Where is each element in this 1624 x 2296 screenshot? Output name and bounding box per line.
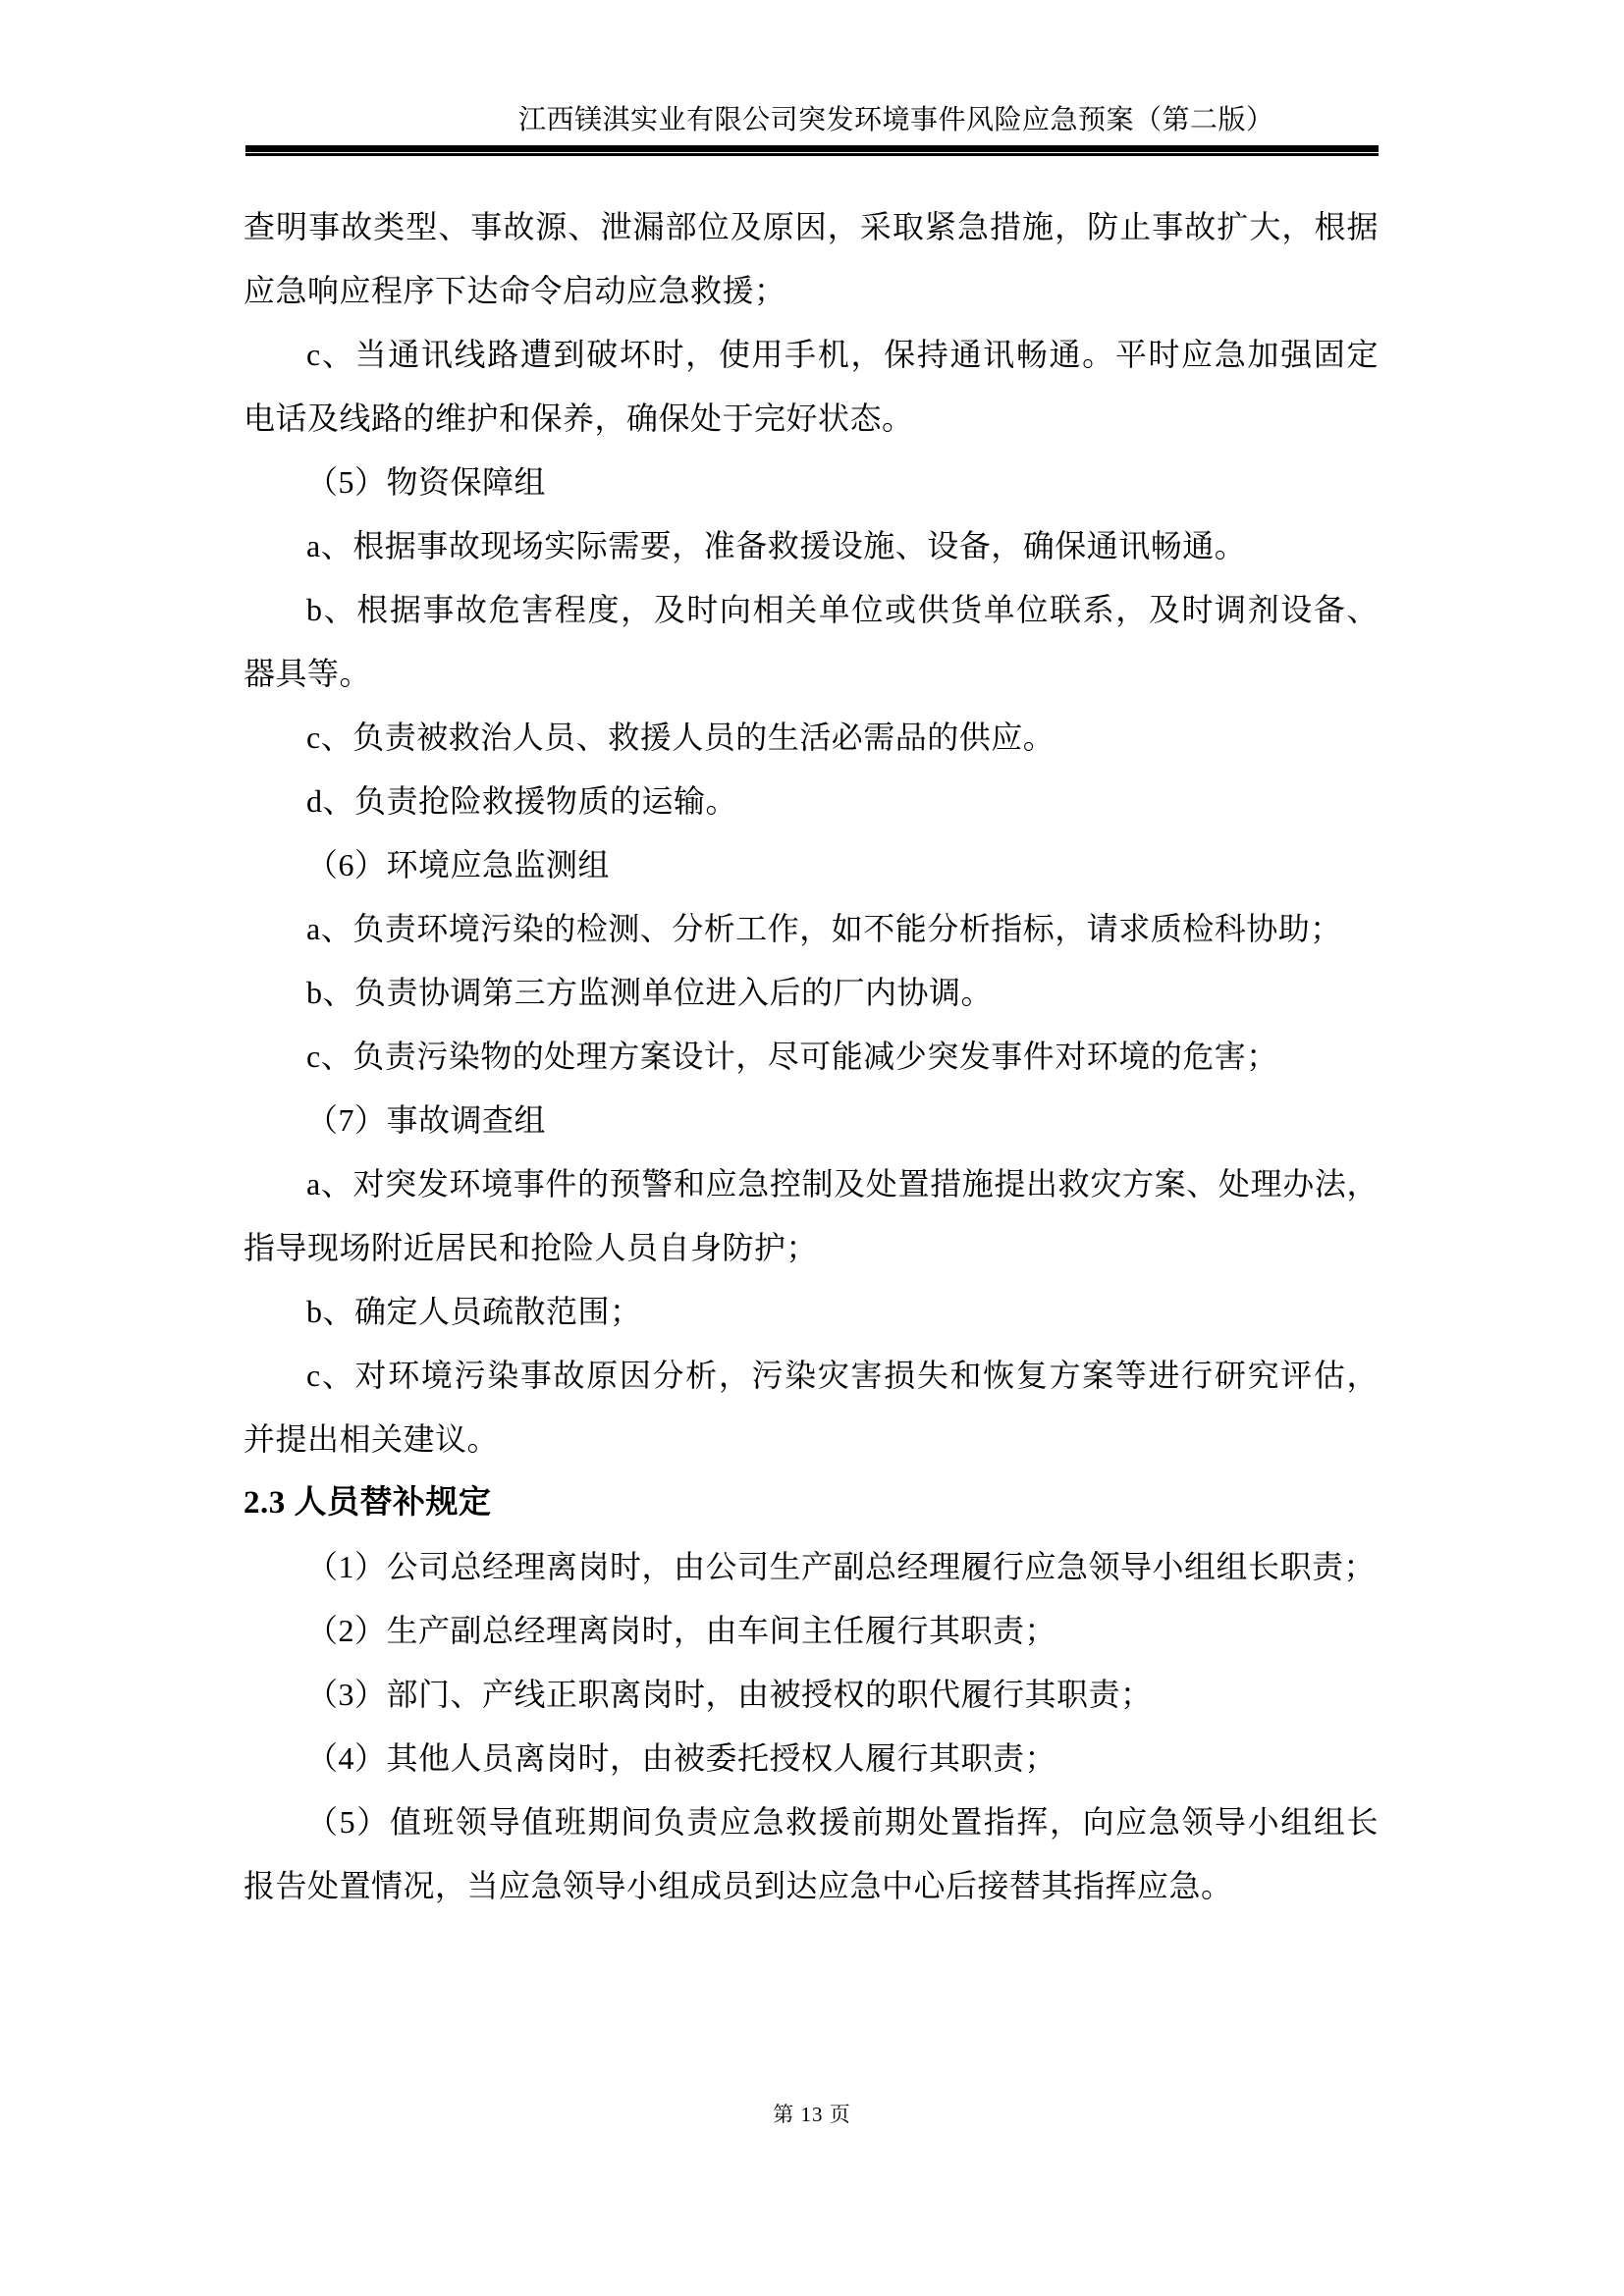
body-line: 并提出相关建议。 <box>244 1408 1379 1471</box>
body-line: b、负责协调第三方监测单位进入后的厂内协调。 <box>244 961 1379 1025</box>
body-line: c、负责被救治人员、救援人员的生活必需品的供应。 <box>244 706 1379 770</box>
body-line: a、对突发环境事件的预警和应急控制及处置措施提出救灾方案、处理办法， <box>244 1152 1379 1216</box>
body-line: c、当通讯线路遭到破坏时，使用手机，保持通讯畅通。平时应急加强固定 <box>244 323 1379 387</box>
body-line: 指导现场附近居民和抢险人员自身防护； <box>244 1216 1379 1280</box>
body-line: 应急响应程序下达命令启动应急救援； <box>244 259 1379 323</box>
document-page: 江西镁淇实业有限公司突发环境事件风险应急预案（第二版） 查明事故类型、事故源、泄… <box>0 0 1624 2296</box>
document-body: 查明事故类型、事故源、泄漏部位及原因，采取紧急措施，防止事故扩大，根据 应急响应… <box>244 195 1379 1918</box>
page-number: 第 13 页 <box>0 2099 1624 2128</box>
body-line: （5）物资保障组 <box>244 451 1379 514</box>
body-line: 电话及线路的维护和保养，确保处于完好状态。 <box>244 387 1379 451</box>
header-rule-thin-line <box>245 153 1379 156</box>
section-heading: 2.3 人员替补规定 <box>244 1471 1379 1535</box>
body-line: 报告处置情况，当应急领导小组成员到达应急中心后接替其指挥应急。 <box>244 1854 1379 1918</box>
body-line: 查明事故类型、事故源、泄漏部位及原因，采取紧急措施，防止事故扩大，根据 <box>244 195 1379 259</box>
body-line: c、对环境污染事故原因分析，污染灾害损失和恢复方案等进行研究评估， <box>244 1344 1379 1408</box>
body-line: b、根据事故危害程度，及时向相关单位或供货单位联系，及时调剂设备、 <box>244 578 1379 642</box>
header-rule-thick-line <box>245 145 1379 152</box>
document-header-title: 江西镁淇实业有限公司突发环境事件风险应急预案（第二版） <box>518 107 1274 134</box>
body-line: a、负责环境污染的检测、分析工作，如不能分析指标，请求质检科协助； <box>244 897 1379 961</box>
body-line: （3）部门、产线正职离岗时，由被授权的职代履行其职责； <box>244 1663 1379 1727</box>
body-line: （1）公司总经理离岗时，由公司生产副总经理履行应急领导小组组长职责； <box>244 1535 1379 1599</box>
body-line: a、根据事故现场实际需要，准备救援设施、设备，确保通讯畅通。 <box>244 514 1379 578</box>
body-line: （2）生产副总经理离岗时，由车间主任履行其职责； <box>244 1599 1379 1663</box>
header-rule <box>245 145 1379 156</box>
body-line: （7）事故调查组 <box>244 1089 1379 1152</box>
body-line: d、负责抢险救援物质的运输。 <box>244 770 1379 833</box>
body-line: 器具等。 <box>244 642 1379 706</box>
body-line: （5）值班领导值班期间负责应急救援前期处置指挥，向应急领导小组组长 <box>244 1790 1379 1854</box>
body-line: （6）环境应急监测组 <box>244 833 1379 897</box>
body-line: c、负责污染物的处理方案设计，尽可能减少突发事件对环境的危害； <box>244 1025 1379 1089</box>
body-line: （4）其他人员离岗时，由被委托授权人履行其职责； <box>244 1727 1379 1790</box>
body-line: b、确定人员疏散范围； <box>244 1280 1379 1344</box>
